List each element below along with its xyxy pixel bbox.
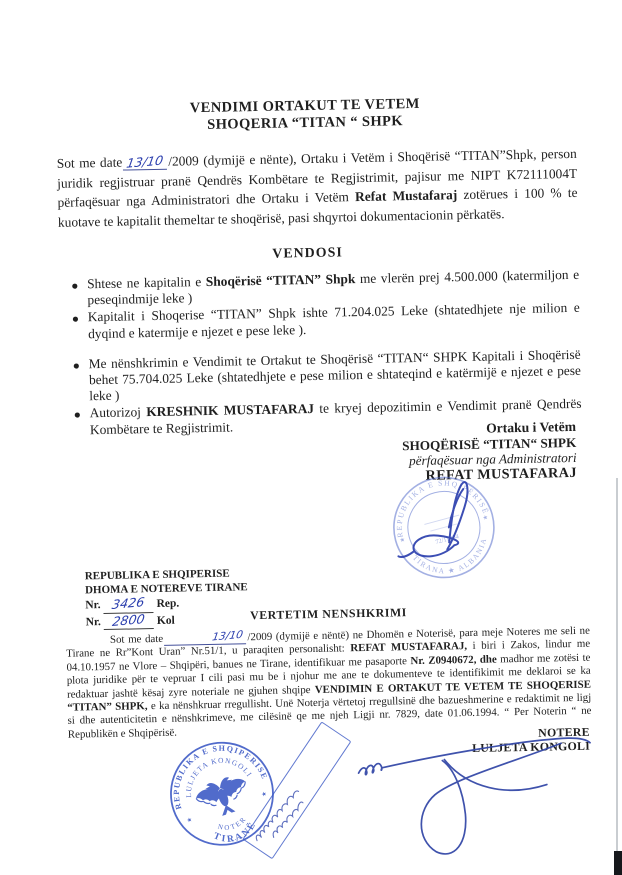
company-stamp-star-right: ★ (482, 514, 489, 522)
bullet-new-capital: ●Me nënshkrimin e Vendimit te Ortakut te… (63, 347, 582, 406)
notary-text: Sot me date (110, 633, 163, 646)
bullet-text: Shtese ne kapitalin e (87, 274, 206, 291)
intro-administrator-name: Refat Mustafaraj (355, 187, 457, 204)
notary-signature (336, 719, 619, 869)
scan-edge-line (616, 478, 618, 875)
company-stamp-star-left: ★ (399, 536, 406, 544)
bullet-dot: ● (71, 277, 79, 293)
notary-person-name: REFAT MUSTAFARAJ, (350, 640, 467, 654)
company-stamp: REPUBLIKA E SHQIPËRISË TIRANA ★ ALBANIA … (357, 444, 530, 617)
rep-suffix: Rep. (156, 598, 179, 610)
handwritten-date: 13/10 (123, 154, 167, 171)
bullet-dot: ● (74, 407, 82, 423)
bullet-bold-text: KRESHNIK MUSTAFARAJ (146, 401, 314, 419)
notary-stamp-star-right: ★ (261, 790, 268, 798)
bullet-text: Autorizoj (89, 405, 146, 421)
decision-title: VENDIMI ORTAKUT TE VETEM SHOQERIA “TITAN… (0, 92, 616, 138)
bullet-dot: ● (72, 311, 80, 327)
scan-corner-artifact (614, 851, 622, 875)
bullet-bold-text: Shoqërisë “TITAN” Shpk (206, 271, 356, 289)
bullet-dot: ● (73, 357, 81, 373)
vendosi-heading: VENDOSI (0, 239, 619, 267)
scanned-document-page: VENDIMI ORTAKUT TE VETEM SHOQERIA “TITAN… (0, 0, 622, 875)
handwritten-date: 13/10 (164, 631, 247, 646)
notary-passport-number: Nr. Z0940672, dhe (410, 653, 497, 667)
nr-label: Nr. (85, 599, 100, 611)
decision-intro-paragraph: Sot me date13/10/2009 (dymijë e nënte), … (57, 144, 578, 232)
handwritten-rep-number: 3426 (111, 595, 145, 611)
double-headed-eagle-icon (193, 772, 254, 822)
notary-stamp-star-left: ★ (186, 816, 193, 824)
decision-bullet-list: ●Shtese ne kapitalin e Shoqërisë “TITAN”… (61, 267, 582, 440)
intro-pre-date: Sot me date (57, 155, 123, 171)
bullet-text: Me nënshkrimin e Vendimit te Ortakut te … (89, 347, 582, 404)
